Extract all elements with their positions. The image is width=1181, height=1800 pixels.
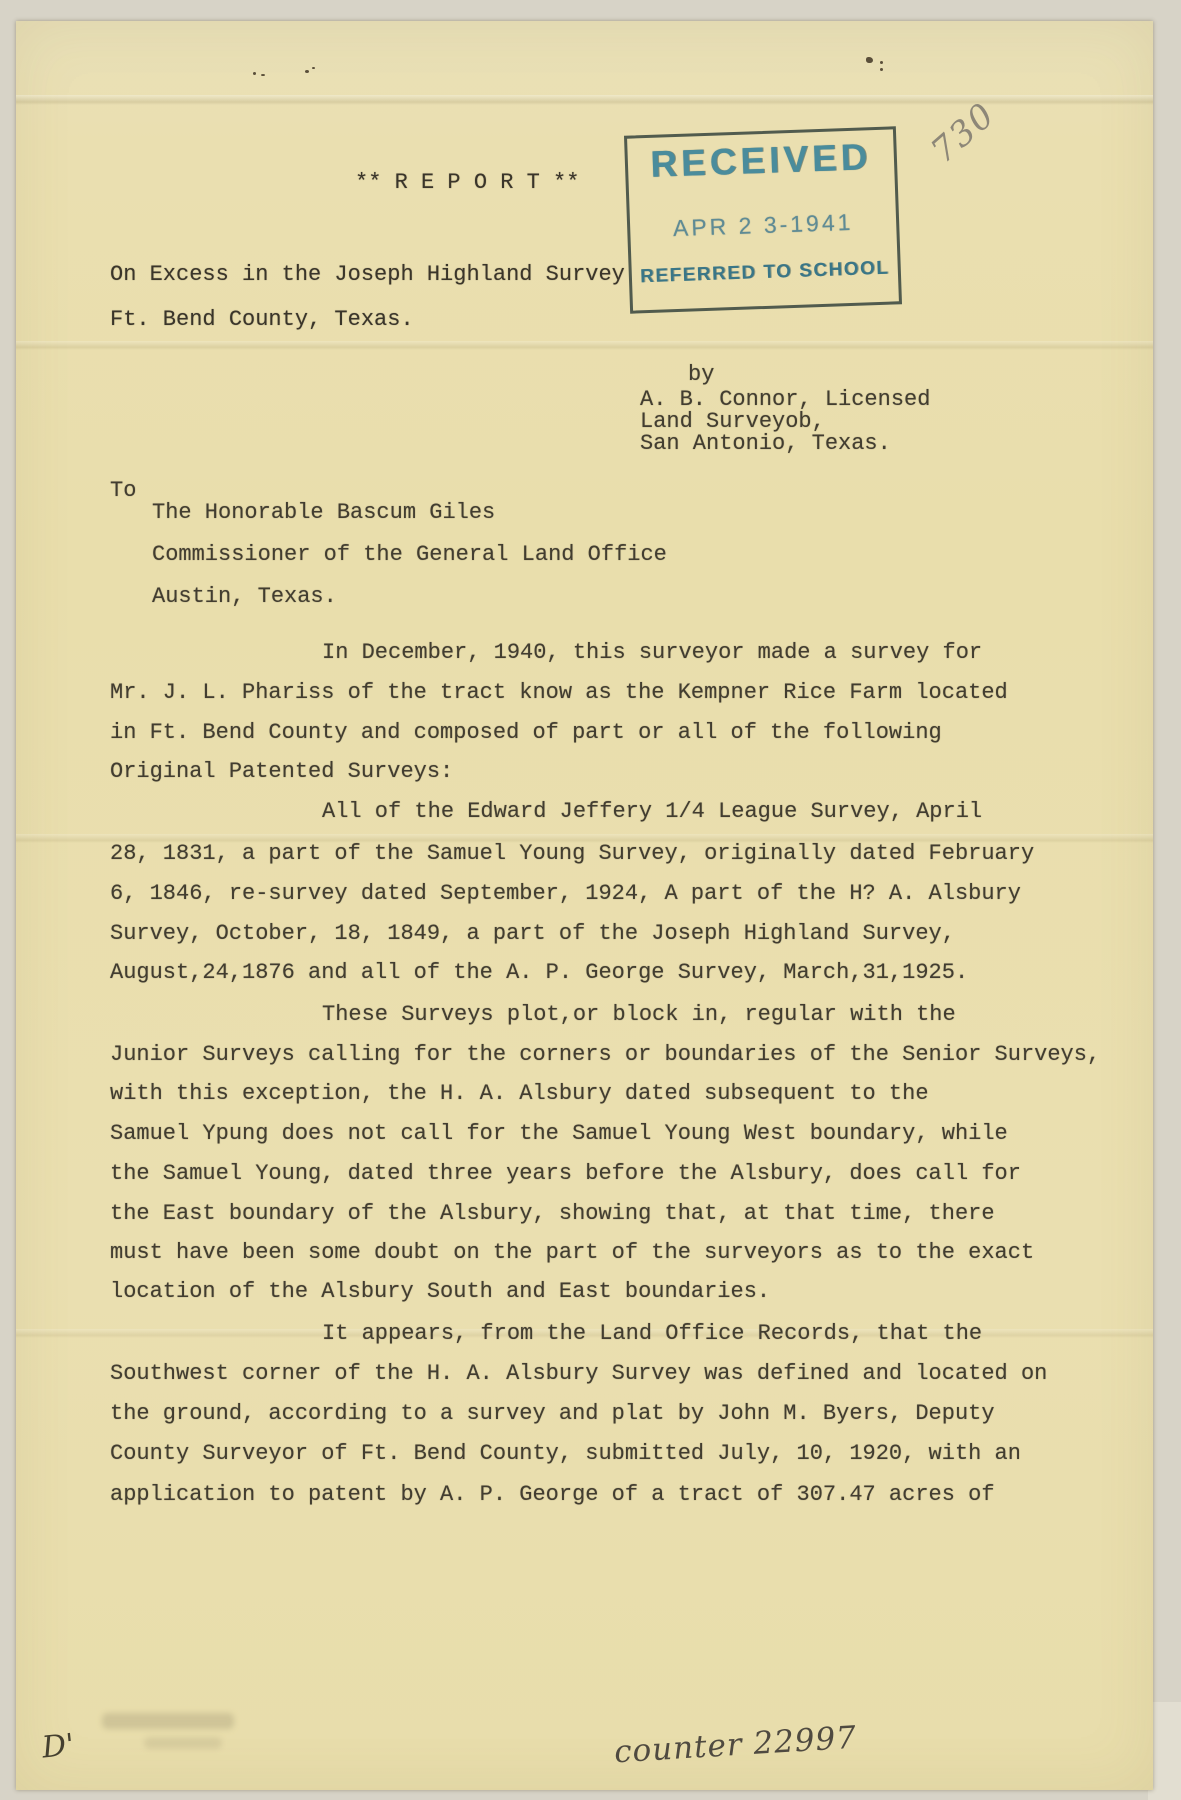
- stamp-received-text: RECEIVED: [627, 135, 894, 186]
- subject-line: Ft. Bend County, Texas.: [110, 307, 414, 333]
- byline-label: by: [688, 362, 714, 388]
- addressee-line: Austin, Texas.: [152, 584, 337, 610]
- received-stamp: RECEIVED APR 2 3-1941 REFERRED TO SCHOOL: [624, 126, 902, 313]
- body-line: In December, 1940, this surveyor made a …: [322, 640, 982, 666]
- stamp-date-text: APR 2 3-1941: [630, 207, 897, 243]
- body-line: August,24,1876 and all of the A. P. Geor…: [110, 960, 968, 986]
- addressee-line: Commissioner of the General Land Office: [152, 542, 667, 568]
- bleed-through-smudge: [102, 1713, 234, 1729]
- body-line: Original Patented Surveys:: [110, 759, 453, 785]
- handwritten-counter-number: counter 22997: [613, 1720, 858, 1771]
- ink-speck: [253, 72, 256, 75]
- body-line: location of the Alsbury South and East b…: [110, 1279, 770, 1305]
- handwritten-number-730: 730: [924, 95, 1004, 172]
- body-line: the ground, according to a survey and pl…: [110, 1401, 995, 1427]
- body-line: Survey, October, 18, 1849, a part of the…: [110, 921, 955, 947]
- addressee-label: To: [110, 478, 136, 504]
- addressee-line: The Honorable Bascum Giles: [152, 500, 495, 526]
- body-line: These Surveys plot,or block in, regular …: [322, 1002, 956, 1028]
- body-line: All of the Edward Jeffery 1/4 League Sur…: [322, 799, 982, 825]
- stamp-referred-text: REFERRED TO SCHOOL: [632, 257, 899, 288]
- body-line: It appears, from the Land Office Records…: [322, 1321, 982, 1347]
- handwritten-d-mark: D': [40, 1727, 76, 1765]
- document-page: ** R E P O R T ** RECEIVED APR 2 3-1941 …: [16, 21, 1153, 1790]
- body-line: Southwest corner of the H. A. Alsbury Su…: [110, 1361, 1047, 1387]
- ink-speck: [261, 74, 265, 76]
- byline-line: San Antonio, Texas.: [640, 431, 891, 457]
- ink-speck: [866, 57, 873, 63]
- report-title: ** R E P O R T **: [355, 170, 579, 196]
- ink-speck: [880, 68, 883, 71]
- body-line: County Surveyor of Ft. Bend County, subm…: [110, 1441, 1021, 1467]
- body-line: application to patent by A. P. George of…: [110, 1482, 995, 1508]
- body-line: 28, 1831, a part of the Samuel Young Sur…: [110, 841, 1034, 867]
- body-line: in Ft. Bend County and composed of part …: [110, 720, 942, 746]
- body-line: Junior Surveys calling for the corners o…: [110, 1042, 1100, 1068]
- body-line: Mr. J. L. Phariss of the tract know as t…: [110, 680, 1008, 706]
- body-line: must have been some doubt on the part of…: [110, 1240, 1034, 1266]
- body-line: the East boundary of the Alsbury, showin…: [110, 1201, 995, 1227]
- bleed-through-smudge: [144, 1737, 222, 1749]
- body-line: 6, 1846, re-survey dated September, 1924…: [110, 881, 1021, 907]
- body-line: Samuel Ypung does not call for the Samue…: [110, 1121, 1008, 1147]
- body-line: the Samuel Young, dated three years befo…: [110, 1161, 1021, 1187]
- subject-line: On Excess in the Joseph Highland Survey: [110, 262, 625, 288]
- body-line: with this exception, the H. A. Alsbury d…: [110, 1081, 929, 1107]
- ink-speck: [312, 67, 315, 69]
- ink-speck: [880, 61, 883, 64]
- fold-crease: [16, 341, 1153, 350]
- ink-speck: [305, 70, 309, 73]
